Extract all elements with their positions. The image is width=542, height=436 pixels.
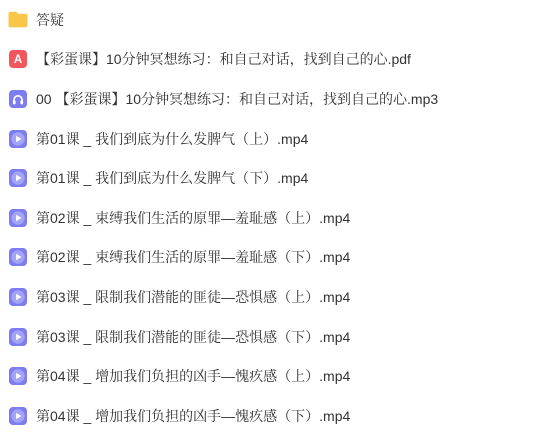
file-row-video[interactable]: 第03课 _ 限制我们潜能的匪徒—恐惧感（上）.mp4: [0, 277, 542, 317]
file-row-video[interactable]: 第04课 _ 增加我们负担的凶手—愧疚感（下）.mp4: [0, 396, 542, 436]
video-file-icon[interactable]: [8, 168, 28, 188]
folder-icon[interactable]: [8, 10, 28, 30]
video-file-icon[interactable]: [8, 406, 28, 426]
video-file-icon[interactable]: [8, 366, 28, 386]
file-row-folder[interactable]: 答疑: [0, 0, 542, 40]
file-row-pdf[interactable]: A 【彩蛋课】10分钟冥想练习：和自己对话，找到自己的心.pdf: [0, 40, 542, 80]
file-name[interactable]: 答疑: [36, 10, 64, 30]
file-row-audio[interactable]: 00 【彩蛋课】10分钟冥想练习：和自己对话，找到自己的心.mp3: [0, 79, 542, 119]
file-row-video[interactable]: 第01课 _ 我们到底为什么发脾气（上）.mp4: [0, 119, 542, 159]
file-name[interactable]: 第04课 _ 增加我们负担的凶手—愧疚感（上）.mp4: [36, 366, 350, 386]
svg-text:A: A: [14, 55, 22, 67]
file-row-video[interactable]: 第04课 _ 增加我们负担的凶手—愧疚感（上）.mp4: [0, 356, 542, 396]
file-name[interactable]: 第04课 _ 增加我们负担的凶手—愧疚感（下）.mp4: [36, 406, 350, 426]
file-list: 答疑 A 【彩蛋课】10分钟冥想练习：和自己对话，找到自己的心.pdf 00 【…: [0, 0, 542, 436]
file-row-video[interactable]: 第02课 _ 束缚我们生活的原罪—羞耻感（下）.mp4: [0, 238, 542, 278]
video-file-icon[interactable]: [8, 327, 28, 347]
video-file-icon[interactable]: [8, 208, 28, 228]
file-row-video[interactable]: 第01课 _ 我们到底为什么发脾气（下）.mp4: [0, 158, 542, 198]
file-name[interactable]: 第01课 _ 我们到底为什么发脾气（上）.mp4: [36, 129, 308, 149]
file-name[interactable]: 第02课 _ 束缚我们生活的原罪—羞耻感（下）.mp4: [36, 247, 350, 267]
pdf-file-icon[interactable]: A: [8, 49, 28, 69]
video-file-icon[interactable]: [8, 247, 28, 267]
video-file-icon[interactable]: [8, 129, 28, 149]
file-name[interactable]: 第02课 _ 束缚我们生活的原罪—羞耻感（上）.mp4: [36, 208, 350, 228]
file-row-video[interactable]: 第02课 _ 束缚我们生活的原罪—羞耻感（上）.mp4: [0, 198, 542, 238]
audio-file-icon[interactable]: [8, 89, 28, 109]
file-name[interactable]: 00 【彩蛋课】10分钟冥想练习：和自己对话，找到自己的心.mp3: [36, 89, 438, 109]
video-file-icon[interactable]: [8, 287, 28, 307]
file-name[interactable]: 第03课 _ 限制我们潜能的匪徒—恐惧感（下）.mp4: [36, 327, 350, 347]
file-row-video[interactable]: 第03课 _ 限制我们潜能的匪徒—恐惧感（下）.mp4: [0, 317, 542, 357]
file-name[interactable]: 第01课 _ 我们到底为什么发脾气（下）.mp4: [36, 168, 308, 188]
file-name[interactable]: 【彩蛋课】10分钟冥想练习：和自己对话，找到自己的心.pdf: [36, 49, 411, 69]
file-name[interactable]: 第03课 _ 限制我们潜能的匪徒—恐惧感（上）.mp4: [36, 287, 350, 307]
